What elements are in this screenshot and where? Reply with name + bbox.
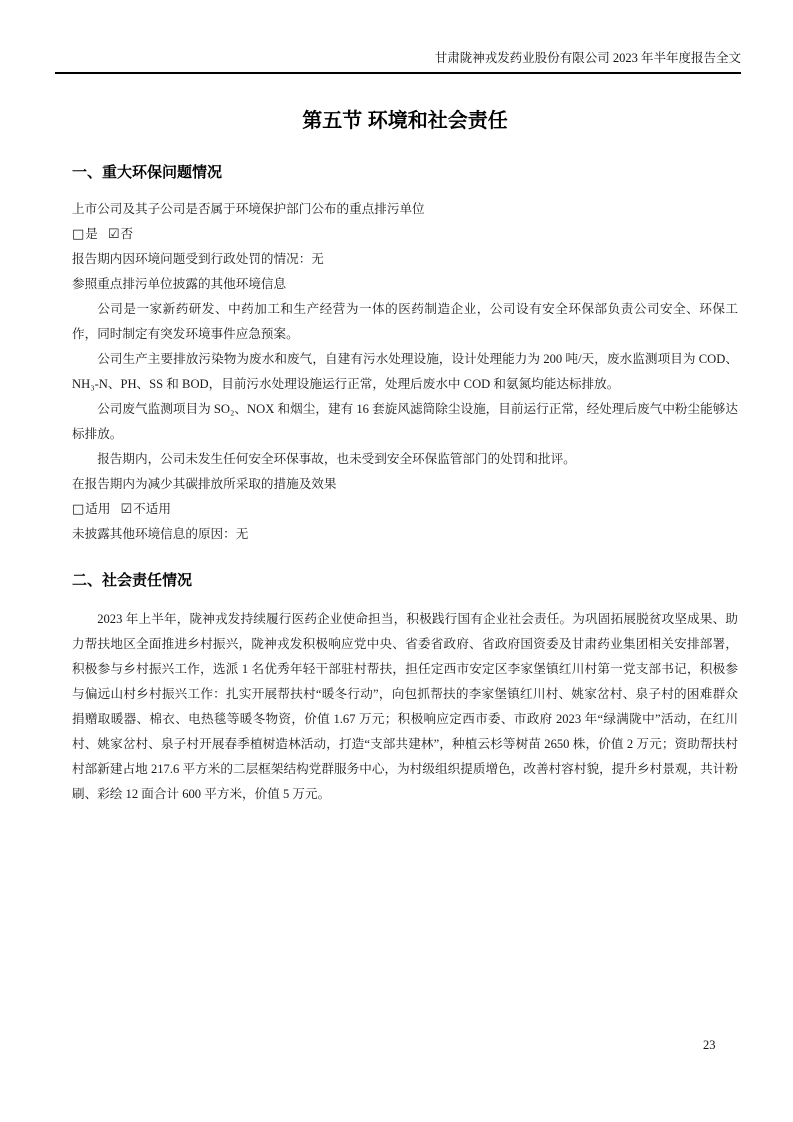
- option-yes: □是: [72, 227, 98, 241]
- option-not-applicable: ☑不适用: [120, 502, 170, 516]
- checkbox-checked-icon: ☑: [108, 227, 120, 242]
- chapter-title: 第五节 环境和社会责任: [72, 107, 738, 135]
- heading-environment-issues: 一、重大环保问题情况: [72, 163, 738, 183]
- checkbox-unchecked-icon: □: [72, 502, 84, 517]
- carbon-measures-line: 在报告期内为减少其碳排放所采取的措施及效果: [72, 472, 738, 497]
- key-pollutant-question: 上市公司及其子公司是否属于环境保护部门公布的重点排污单位: [72, 197, 738, 222]
- option-applicable-label: 适用: [85, 502, 110, 516]
- company-intro-paragraph: 公司是一家新药研发、中药加工和生产经营为一体的医药制造企业，公司设有安全环保部负…: [72, 297, 738, 347]
- carbon-options-row: □适用☑不适用: [72, 497, 738, 522]
- admin-penalty-line: 报告期内因环境问题受到行政处罚的情况：无: [72, 247, 738, 272]
- other-env-info-line: 参照重点排污单位披露的其他环境信息: [72, 272, 738, 297]
- option-not-applicable-label: 不适用: [133, 502, 171, 516]
- report-page: 甘肃陇神戎发药业股份有限公司 2023 年半年度报告全文 第五节 环境和社会责任…: [0, 0, 793, 1122]
- key-pollutant-options-row: □是☑否: [72, 222, 738, 247]
- no-accident-paragraph: 报告期内，公司未发生任何安全环保事故，也未受到安全环保监管部门的处罚和批评。: [72, 447, 738, 472]
- social-responsibility-paragraph: 2023 年上半年，陇神戎发持续履行医药企业使命担当，积极践行国有企业社会责任。…: [72, 607, 738, 807]
- exhaust-gas-paragraph: 公司废气监测项目为 SO₂、NOX 和烟尘，建有 16 套旋风滤筒除尘设施，目前…: [72, 397, 738, 447]
- page-header: 甘肃陇神戎发药业股份有限公司 2023 年半年度报告全文: [55, 0, 741, 74]
- option-yes-label: 是: [85, 227, 98, 241]
- option-no-label: 否: [121, 227, 134, 241]
- heading-social-responsibility: 二、社会责任情况: [72, 571, 738, 591]
- checkbox-checked-icon: ☑: [120, 502, 132, 517]
- option-applicable: □适用: [72, 502, 110, 516]
- page-number: 23: [703, 1038, 716, 1053]
- option-no: ☑否: [108, 227, 133, 241]
- page-header-text: 甘肃陇神戎发药业股份有限公司 2023 年半年度报告全文: [435, 51, 741, 65]
- page-content: 一、重大环保问题情况 上市公司及其子公司是否属于环境保护部门公布的重点排污单位 …: [72, 163, 738, 807]
- no-disclosure-line: 未披露其他环境信息的原因：无: [72, 522, 738, 547]
- checkbox-unchecked-icon: □: [72, 227, 84, 242]
- wastewater-paragraph: 公司生产主要排放污染物为废水和废气，自建有污水处理设施，设计处理能力为 200 …: [72, 347, 738, 397]
